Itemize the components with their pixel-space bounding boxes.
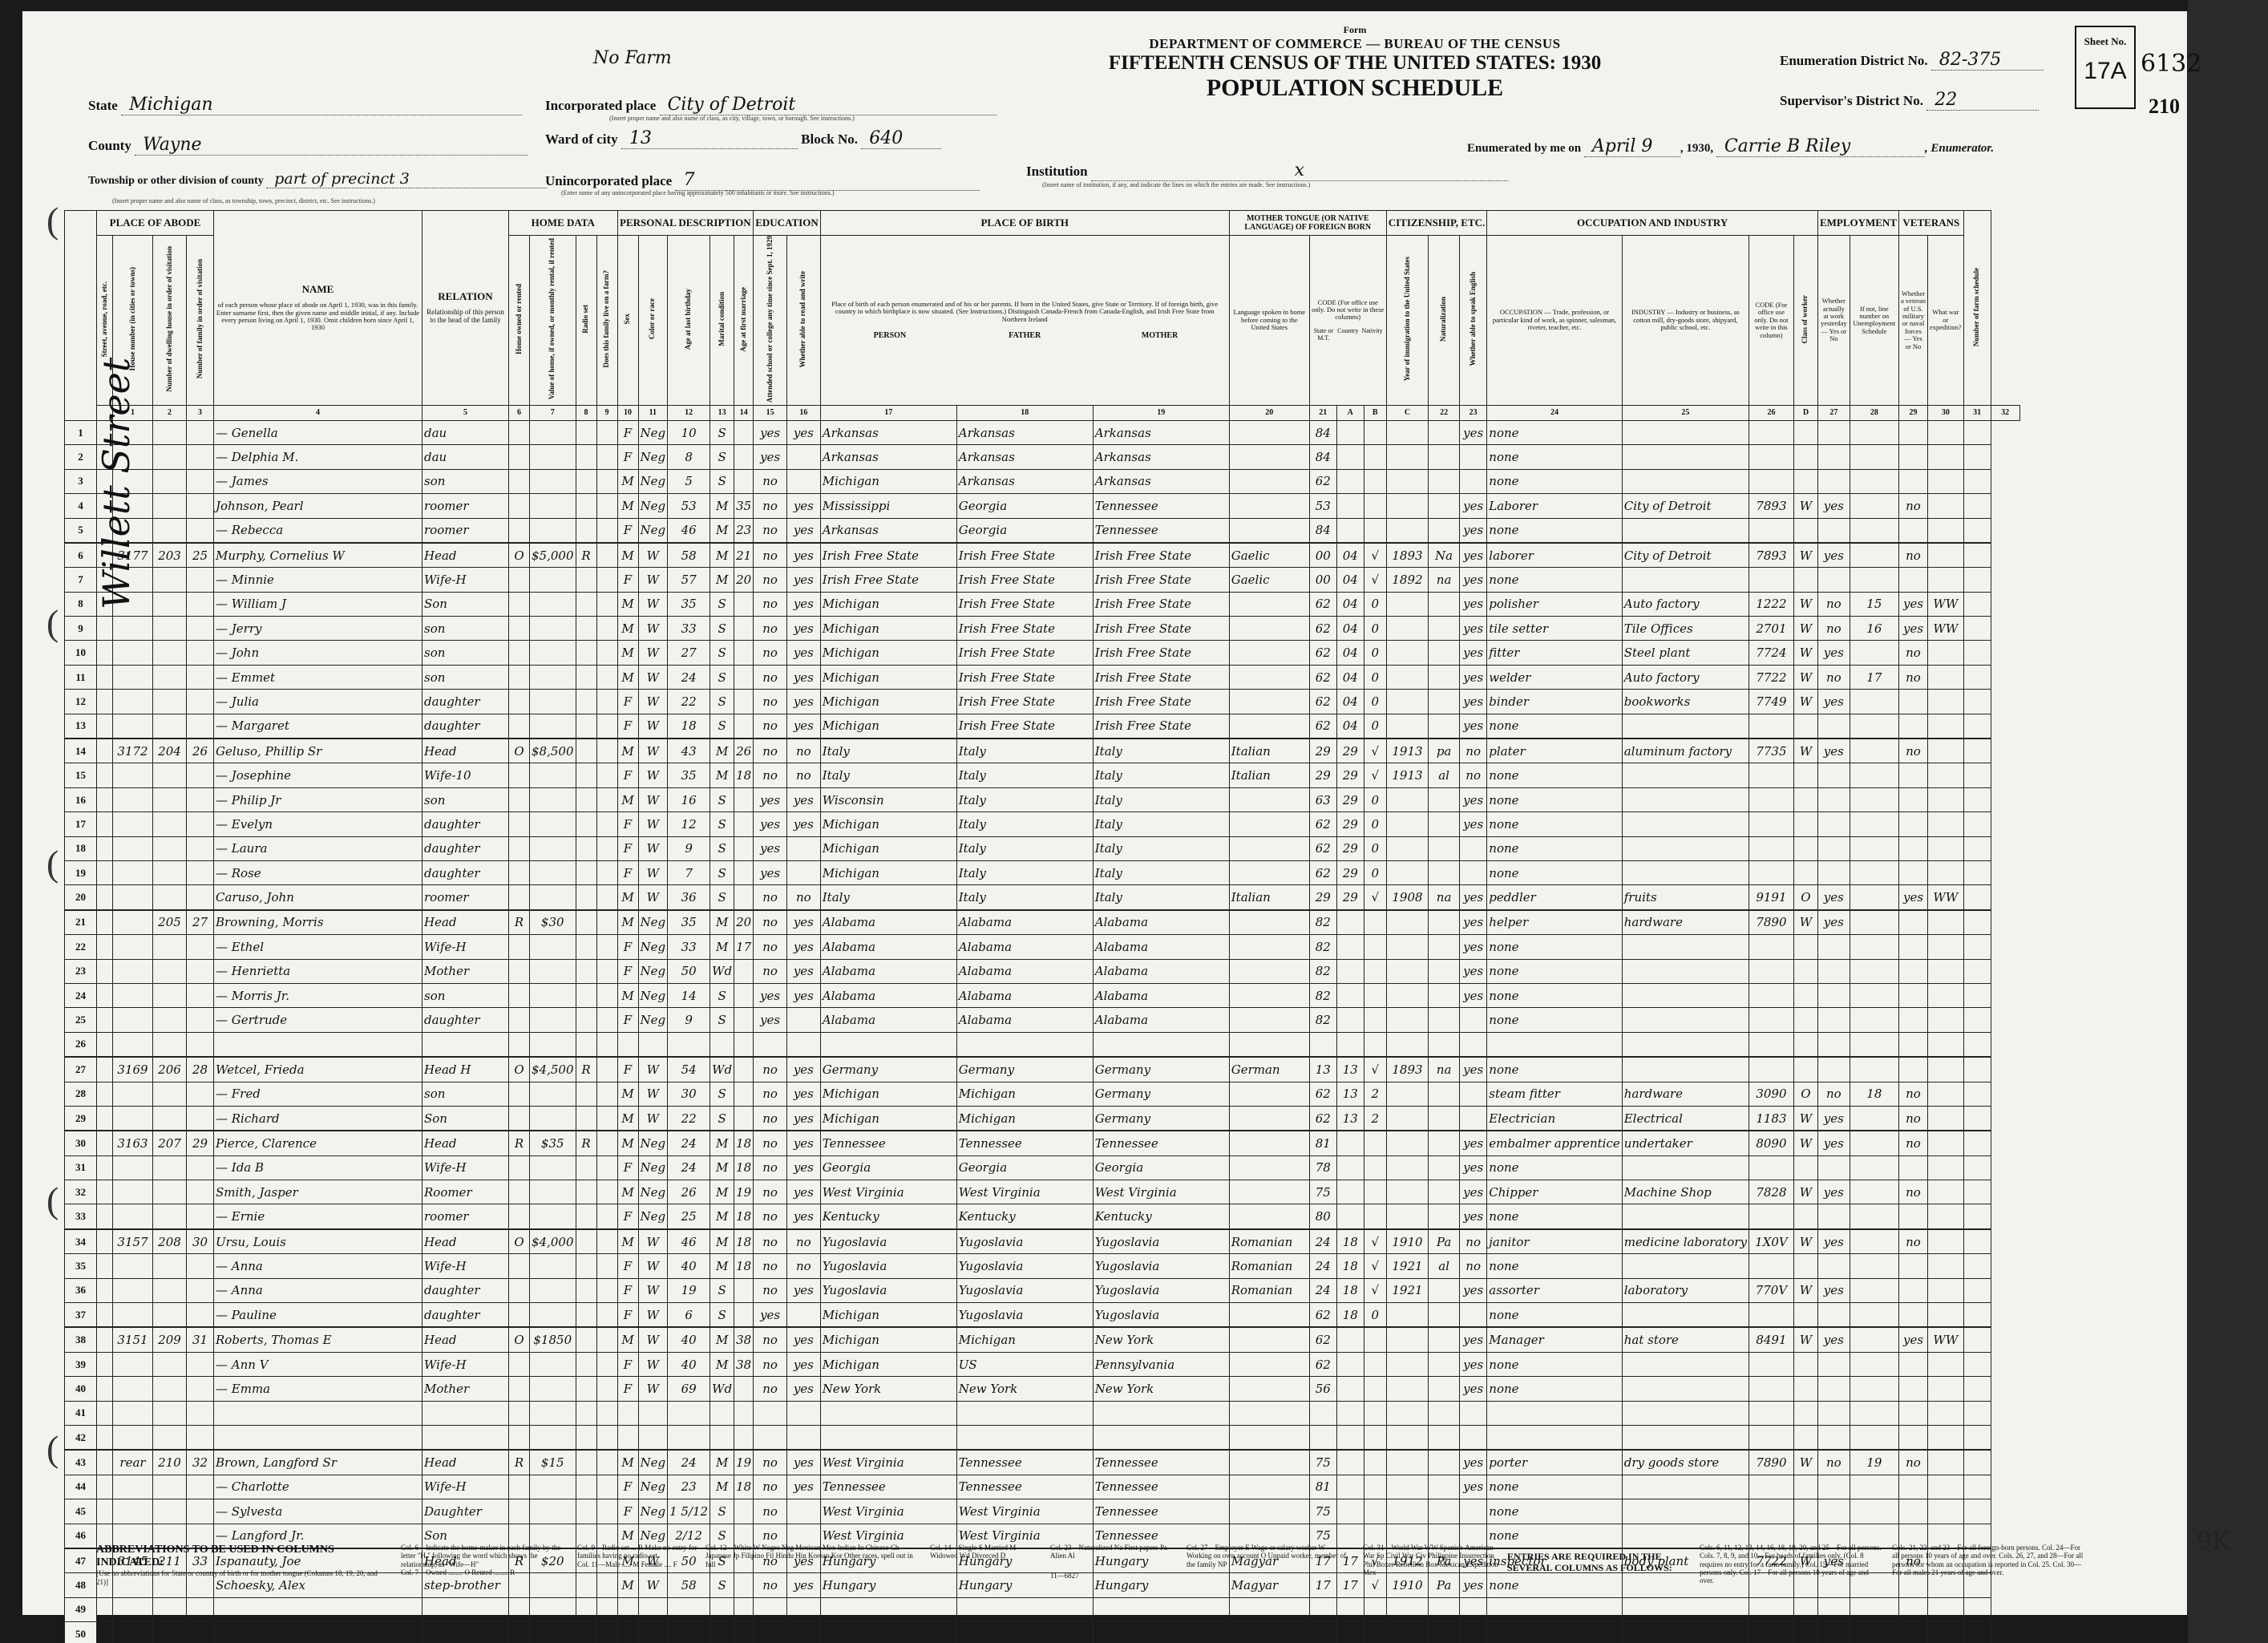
veteran-desc: Whether a veteran of U.S. military or na… <box>1901 289 1926 350</box>
cell-mother: Yugoslavia <box>1093 1254 1229 1278</box>
cell-age <box>668 1401 710 1425</box>
cell-war <box>1928 1032 1964 1057</box>
cell-industry <box>1622 1032 1749 1057</box>
cell-age: 22 <box>668 690 710 714</box>
cell-language <box>1229 1622 1309 1643</box>
cell-radio <box>576 494 596 518</box>
cell-mother: Irish Free State <box>1093 665 1229 689</box>
sheet-value: 17A <box>2076 58 2134 85</box>
cell-dwelling: 204 <box>153 739 187 763</box>
cell-war <box>1928 1377 1964 1401</box>
cell-class: W <box>1793 1180 1817 1204</box>
cell-farm-sched <box>1963 641 1991 665</box>
cell-war <box>1928 543 1964 568</box>
cell-sex: F <box>617 812 638 836</box>
cell-relation: Wife-H <box>422 935 509 959</box>
read-desc: Whether able to read and write <box>799 271 807 367</box>
cell-person: Michigan <box>820 665 956 689</box>
cell-code-a: 62 <box>1309 1082 1336 1106</box>
cell-value <box>530 469 576 493</box>
cell-code-b <box>1336 910 1364 935</box>
ward-value: 13 <box>621 128 798 149</box>
hdr-immigration: Year of immigration to the United States <box>1386 236 1428 406</box>
cell-naturalization <box>1429 1352 1460 1376</box>
cell-marital: M <box>710 1204 734 1229</box>
column-number: 21 <box>1309 405 1336 420</box>
cell-code-b: 13 <box>1336 1057 1364 1082</box>
cell-war <box>1928 1082 1964 1106</box>
cell-code-c <box>1364 1008 1386 1032</box>
cell-age: 5 <box>668 469 710 493</box>
cell-war <box>1928 739 1964 763</box>
cell-occupation: none <box>1487 959 1622 983</box>
cell-code-a: 56 <box>1309 1377 1336 1401</box>
cell-read: yes <box>786 1204 820 1229</box>
cell-code-a: 00 <box>1309 568 1336 592</box>
cell-farm-sched <box>1963 1377 1991 1401</box>
cell-father <box>956 1597 1093 1621</box>
cell-house: 3163 <box>113 1131 153 1155</box>
cell-code-b: 04 <box>1336 617 1364 641</box>
cell-father: West Virginia <box>956 1180 1093 1204</box>
cell-code-c <box>1364 1401 1386 1425</box>
cell-farm-sched <box>1963 1401 1991 1425</box>
cell-dwelling <box>153 690 187 714</box>
cell-occupation: Laborer <box>1487 494 1622 518</box>
cell-dwelling <box>153 1425 187 1450</box>
cell-school: no <box>754 568 787 592</box>
cell-race: Neg <box>638 1131 668 1155</box>
column-number: 24 <box>1487 405 1622 420</box>
cell-age-marriage <box>734 836 754 860</box>
cell-immigration: 1910 <box>1386 1229 1428 1254</box>
cell-sex: F <box>617 1303 638 1328</box>
mother-label: MOTHER <box>1092 331 1227 340</box>
cell-farm <box>596 1278 617 1302</box>
cell-code-b <box>1336 1155 1364 1180</box>
relation-title: RELATION <box>424 291 507 302</box>
cell-name: Wetcel, Frieda <box>214 1057 422 1082</box>
cell-age: 33 <box>668 617 710 641</box>
cell-age-marriage <box>734 592 754 616</box>
cell-code-d: 770V <box>1749 1278 1793 1302</box>
cell-occupation: none <box>1487 787 1622 811</box>
cell-code-a: 62 <box>1309 469 1336 493</box>
cell-naturalization <box>1429 469 1460 493</box>
occupation-desc: OCCUPATION — Trade, profession, or parti… <box>1493 308 1616 331</box>
cell-code-c: 0 <box>1364 714 1386 739</box>
cell-radio <box>576 420 596 444</box>
cell-naturalization <box>1429 1401 1460 1425</box>
cell-radio <box>576 1450 596 1475</box>
cell-code-d <box>1749 1401 1793 1425</box>
cell-read: no <box>786 739 820 763</box>
cell-value: $4,000 <box>530 1229 576 1254</box>
cell-marital: M <box>710 1475 734 1499</box>
school-desc: Attended school or college any time sinc… <box>766 236 774 403</box>
cell-war <box>1928 1008 1964 1032</box>
cell-class <box>1793 959 1817 983</box>
institution-field: Institution x <box>1026 160 1508 181</box>
cell-dwelling <box>153 1499 187 1524</box>
cell-unemp-line <box>1850 1352 1898 1376</box>
cell-relation <box>422 1425 509 1450</box>
cell-sex <box>617 1622 638 1643</box>
cell-immigration <box>1386 1155 1428 1180</box>
cell-class <box>1793 836 1817 860</box>
cell-person: Italy <box>820 739 956 763</box>
cell-immigration <box>1386 787 1428 811</box>
cell-war <box>1928 665 1964 689</box>
cell-immigration <box>1386 714 1428 739</box>
cell-family <box>187 445 214 469</box>
cell-code-a: 63 <box>1309 787 1336 811</box>
cell-occupation: Electrician <box>1487 1106 1622 1131</box>
cell-name: Geluso, Phillip Sr <box>214 739 422 763</box>
table-row: 18— LauradaughterFW9SyesMichiganItalyIta… <box>65 836 2020 860</box>
cell-relation: Son <box>422 1106 509 1131</box>
col14-note: Col. 14—Single S Married M Widowed Wd Di… <box>930 1544 1034 1560</box>
cell-farm-sched <box>1963 1499 1991 1524</box>
cell-street <box>97 1229 113 1254</box>
table-row: 8— William JSonMW35SnoyesMichiganIrish F… <box>65 592 2020 616</box>
cell-owned <box>509 592 530 616</box>
cell-farm <box>596 959 617 983</box>
cell-language <box>1229 420 1309 444</box>
cell-code-c <box>1364 518 1386 543</box>
table-row: 13— MargaretdaughterFW18SnoyesMichiganIr… <box>65 714 2020 739</box>
cell-race <box>638 1401 668 1425</box>
cell-radio <box>576 1229 596 1254</box>
line-number: 25 <box>65 1008 97 1032</box>
cell-code-d <box>1749 1475 1793 1499</box>
cell-naturalization <box>1429 983 1460 1007</box>
cell-marital: S <box>710 1499 734 1524</box>
cell-at-work: yes <box>1817 641 1850 665</box>
cell-family: 31 <box>187 1327 214 1352</box>
cell-english: yes <box>1459 1131 1486 1155</box>
cell-code-c <box>1364 910 1386 935</box>
cell-house <box>113 812 153 836</box>
cell-farm-sched <box>1963 1057 1991 1082</box>
cell-owned: O <box>509 1327 530 1352</box>
cell-relation: Son <box>422 592 509 616</box>
cell-house <box>113 1008 153 1032</box>
cell-farm-sched <box>1963 1204 1991 1229</box>
cell-owned <box>509 420 530 444</box>
cell-owned: R <box>509 1450 530 1475</box>
cell-language <box>1229 1204 1309 1229</box>
cell-owned <box>509 1204 530 1229</box>
cell-war <box>1928 1229 1964 1254</box>
cell-race: W <box>638 861 668 885</box>
cell-father: Alabama <box>956 959 1093 983</box>
cell-code-d: 1222 <box>1749 592 1793 616</box>
cell-age: 27 <box>668 641 710 665</box>
cell-war <box>1928 1204 1964 1229</box>
cell-radio <box>576 885 596 910</box>
cell-farm-sched <box>1963 959 1991 983</box>
col9-note: Col. 9—Radio set ... R Make no entry for… <box>577 1544 697 1560</box>
cell-age-marriage: 19 <box>734 1180 754 1204</box>
cell-class <box>1793 935 1817 959</box>
cell-farm <box>596 1204 617 1229</box>
cell-code-a: 62 <box>1309 665 1336 689</box>
cell-school: no <box>754 1499 787 1524</box>
cell-person: West Virginia <box>820 1499 956 1524</box>
cell-mother: Italy <box>1093 812 1229 836</box>
cell-industry: medicine laboratory <box>1622 1229 1749 1254</box>
cell-english: yes <box>1459 1155 1486 1180</box>
cell-immigration <box>1386 617 1428 641</box>
cell-naturalization <box>1429 1204 1460 1229</box>
cell-house <box>113 1278 153 1302</box>
cell-code-d <box>1749 763 1793 787</box>
cell-unemp-line <box>1850 739 1898 763</box>
cell-code-a: 81 <box>1309 1475 1336 1499</box>
cell-code-a: 62 <box>1309 617 1336 641</box>
cell-relation: Roomer <box>422 1180 509 1204</box>
cell-occupation: none <box>1487 812 1622 836</box>
cell-marital: S <box>710 885 734 910</box>
cell-race <box>638 1597 668 1621</box>
cell-marital: S <box>710 665 734 689</box>
cell-code-b <box>1336 983 1364 1007</box>
cell-code-c <box>1364 1155 1386 1180</box>
cell-war <box>1928 910 1964 935</box>
cell-family <box>187 617 214 641</box>
cell-house <box>113 1377 153 1401</box>
cell-code-d: 3090 <box>1749 1082 1793 1106</box>
cell-family <box>187 812 214 836</box>
cell-house <box>113 617 153 641</box>
hdr-race: Color or race <box>638 236 668 406</box>
column-number: D <box>1793 405 1817 420</box>
table-row: 49 <box>65 1597 2020 1621</box>
cell-family <box>187 568 214 592</box>
cell-house: 3169 <box>113 1057 153 1082</box>
cell-war <box>1928 445 1964 469</box>
cell-farm-sched <box>1963 420 1991 444</box>
cell-age-marriage <box>734 1082 754 1106</box>
cell-code-a: 62 <box>1309 836 1336 860</box>
cell-age: 24 <box>668 1450 710 1475</box>
cell-sex: F <box>617 690 638 714</box>
cell-father: Tennessee <box>956 1450 1093 1475</box>
cell-code-c: √ <box>1364 1278 1386 1302</box>
cell-class <box>1793 518 1817 543</box>
table-row: 30316320729Pierce, ClarenceHeadR$35RMNeg… <box>65 1131 2020 1155</box>
cell-value: $30 <box>530 910 576 935</box>
cell-read: yes <box>786 1082 820 1106</box>
cell-code-d: 7828 <box>1749 1180 1793 1204</box>
cell-relation <box>422 1032 509 1057</box>
cell-mother: Arkansas <box>1093 445 1229 469</box>
cell-owned <box>509 1425 530 1450</box>
cell-value <box>530 812 576 836</box>
cell-class <box>1793 420 1817 444</box>
cell-code-b: 04 <box>1336 543 1364 568</box>
cell-radio <box>576 592 596 616</box>
cell-race: W <box>638 617 668 641</box>
cell-language <box>1229 1131 1309 1155</box>
cell-relation: Wife-H <box>422 1352 509 1376</box>
column-number: 6 <box>509 405 530 420</box>
cell-code-b <box>1336 420 1364 444</box>
cell-code-a: 82 <box>1309 983 1336 1007</box>
table-row: 17— EvelyndaughterFW12SyesyesMichiganIta… <box>65 812 2020 836</box>
cell-class <box>1793 568 1817 592</box>
cell-class <box>1793 1204 1817 1229</box>
cell-relation: Wife-10 <box>422 763 509 787</box>
cell-code-d: 7893 <box>1749 543 1793 568</box>
cell-code-a: 53 <box>1309 494 1336 518</box>
cell-age-marriage <box>734 641 754 665</box>
cell-code-d <box>1749 1377 1793 1401</box>
cell-radio <box>576 1278 596 1302</box>
cell-occupation: peddler <box>1487 885 1622 910</box>
group-name: NAMEof each person whose place of abode … <box>214 211 422 406</box>
cell-naturalization: al <box>1429 1254 1460 1278</box>
cell-class <box>1793 1155 1817 1180</box>
cell-dwelling: 209 <box>153 1327 187 1352</box>
code-a-label: State or M.T. <box>1312 328 1336 342</box>
table-row: 20Caruso, JohnroomerMW36SnonoItalyItalyI… <box>65 885 2020 910</box>
cell-english <box>1459 1008 1486 1032</box>
cell-read <box>786 1401 820 1425</box>
cell-radio <box>576 1008 596 1032</box>
cell-family <box>187 885 214 910</box>
cell-age: 57 <box>668 568 710 592</box>
cell-mother: Yugoslavia <box>1093 1229 1229 1254</box>
cell-sex: F <box>617 1008 638 1032</box>
cell-code-d: 8491 <box>1749 1327 1793 1352</box>
cell-age: 25 <box>668 1204 710 1229</box>
cell-unemp-line <box>1850 935 1898 959</box>
cell-code-b: 04 <box>1336 665 1364 689</box>
cell-read: yes <box>786 983 820 1007</box>
supervisor-value: 22 <box>1926 90 2039 111</box>
cell-owned <box>509 1377 530 1401</box>
cell-war <box>1928 690 1964 714</box>
cell-veteran <box>1899 983 1928 1007</box>
abbrev-title: ABBREVIATIONS TO BE USED IN COLUMNS INDI… <box>96 1544 385 1569</box>
cell-owned <box>509 1278 530 1302</box>
cell-farm-sched <box>1963 1450 1991 1475</box>
cell-code-d <box>1749 1008 1793 1032</box>
cell-value <box>530 617 576 641</box>
cell-relation: daughter <box>422 714 509 739</box>
cell-family: 32 <box>187 1450 214 1475</box>
cell-industry: Electrical <box>1622 1106 1749 1131</box>
cell-street <box>97 1180 113 1204</box>
cell-code-a: 78 <box>1309 1155 1336 1180</box>
cell-war <box>1928 1425 1964 1450</box>
cell-school: no <box>754 910 787 935</box>
cell-code-c: 2 <box>1364 1082 1386 1106</box>
cell-code-b: 04 <box>1336 568 1364 592</box>
cell-code-a: 84 <box>1309 518 1336 543</box>
cell-marital: M <box>710 518 734 543</box>
cell-owned <box>509 1155 530 1180</box>
cell-unemp-line <box>1850 1008 1898 1032</box>
cell-naturalization: Pa <box>1429 1229 1460 1254</box>
cell-sex <box>617 1597 638 1621</box>
cell-farm <box>596 420 617 444</box>
cell-occupation: none <box>1487 1475 1622 1499</box>
cell-house <box>113 641 153 665</box>
cell-owned: O <box>509 543 530 568</box>
cell-house <box>113 787 153 811</box>
line-number: 11 <box>65 665 97 689</box>
cell-class: W <box>1793 1450 1817 1475</box>
cell-class: W <box>1793 690 1817 714</box>
table-row: 4Johnson, PearlroomerMNeg53M35noyesMissi… <box>65 494 2020 518</box>
cell-mother: Irish Free State <box>1093 714 1229 739</box>
cell-language <box>1229 836 1309 860</box>
cell-radio <box>576 1352 596 1376</box>
cell-farm <box>596 836 617 860</box>
cell-veteran: no <box>1899 1180 1928 1204</box>
cell-marital: M <box>710 935 734 959</box>
cell-street <box>97 1377 113 1401</box>
cell-class: W <box>1793 592 1817 616</box>
cell-family <box>187 1377 214 1401</box>
line-number: 9 <box>65 617 97 641</box>
cell-name: — Emmet <box>214 665 422 689</box>
cell-code-d <box>1749 1352 1793 1376</box>
column-number: 23 <box>1459 405 1486 420</box>
cell-code-d <box>1749 1425 1793 1450</box>
cell-language <box>1229 1327 1309 1352</box>
cell-street <box>97 641 113 665</box>
cell-sex: F <box>617 1377 638 1401</box>
cell-dwelling <box>153 861 187 885</box>
cell-value <box>530 445 576 469</box>
line-number: 38 <box>65 1327 97 1352</box>
cell-industry <box>1622 1622 1749 1643</box>
cell-code-c <box>1364 1597 1386 1621</box>
cell-code-c: √ <box>1364 763 1386 787</box>
cell-code-a: 29 <box>1309 763 1336 787</box>
cell-age: 23 <box>668 1475 710 1499</box>
cell-sex: F <box>617 861 638 885</box>
name-desc: of each person whose place of abode on A… <box>216 301 420 331</box>
cell-immigration <box>1386 518 1428 543</box>
cell-class: W <box>1793 494 1817 518</box>
cell-radio <box>576 518 596 543</box>
cell-father: Yugoslavia <box>956 1278 1093 1302</box>
cell-father <box>956 1032 1093 1057</box>
cell-age-marriage: 38 <box>734 1352 754 1376</box>
cell-code-b <box>1336 1597 1364 1621</box>
cell-person: Michigan <box>820 1106 956 1131</box>
cell-immigration: 1892 <box>1386 568 1428 592</box>
cell-dwelling <box>153 518 187 543</box>
cell-race: W <box>638 690 668 714</box>
cell-english <box>1459 836 1486 860</box>
cell-veteran <box>1899 1425 1928 1450</box>
cell-name: — Margaret <box>214 714 422 739</box>
cell-owned <box>509 983 530 1007</box>
cell-farm <box>596 690 617 714</box>
table-row: 28— FredsonMW30SnoyesMichiganMichiganGer… <box>65 1082 2020 1106</box>
cell-race: W <box>638 1377 668 1401</box>
cell-code-c <box>1364 1032 1386 1057</box>
cell-marital: S <box>710 617 734 641</box>
cell-marital: S <box>710 1303 734 1328</box>
cell-dwelling <box>153 445 187 469</box>
